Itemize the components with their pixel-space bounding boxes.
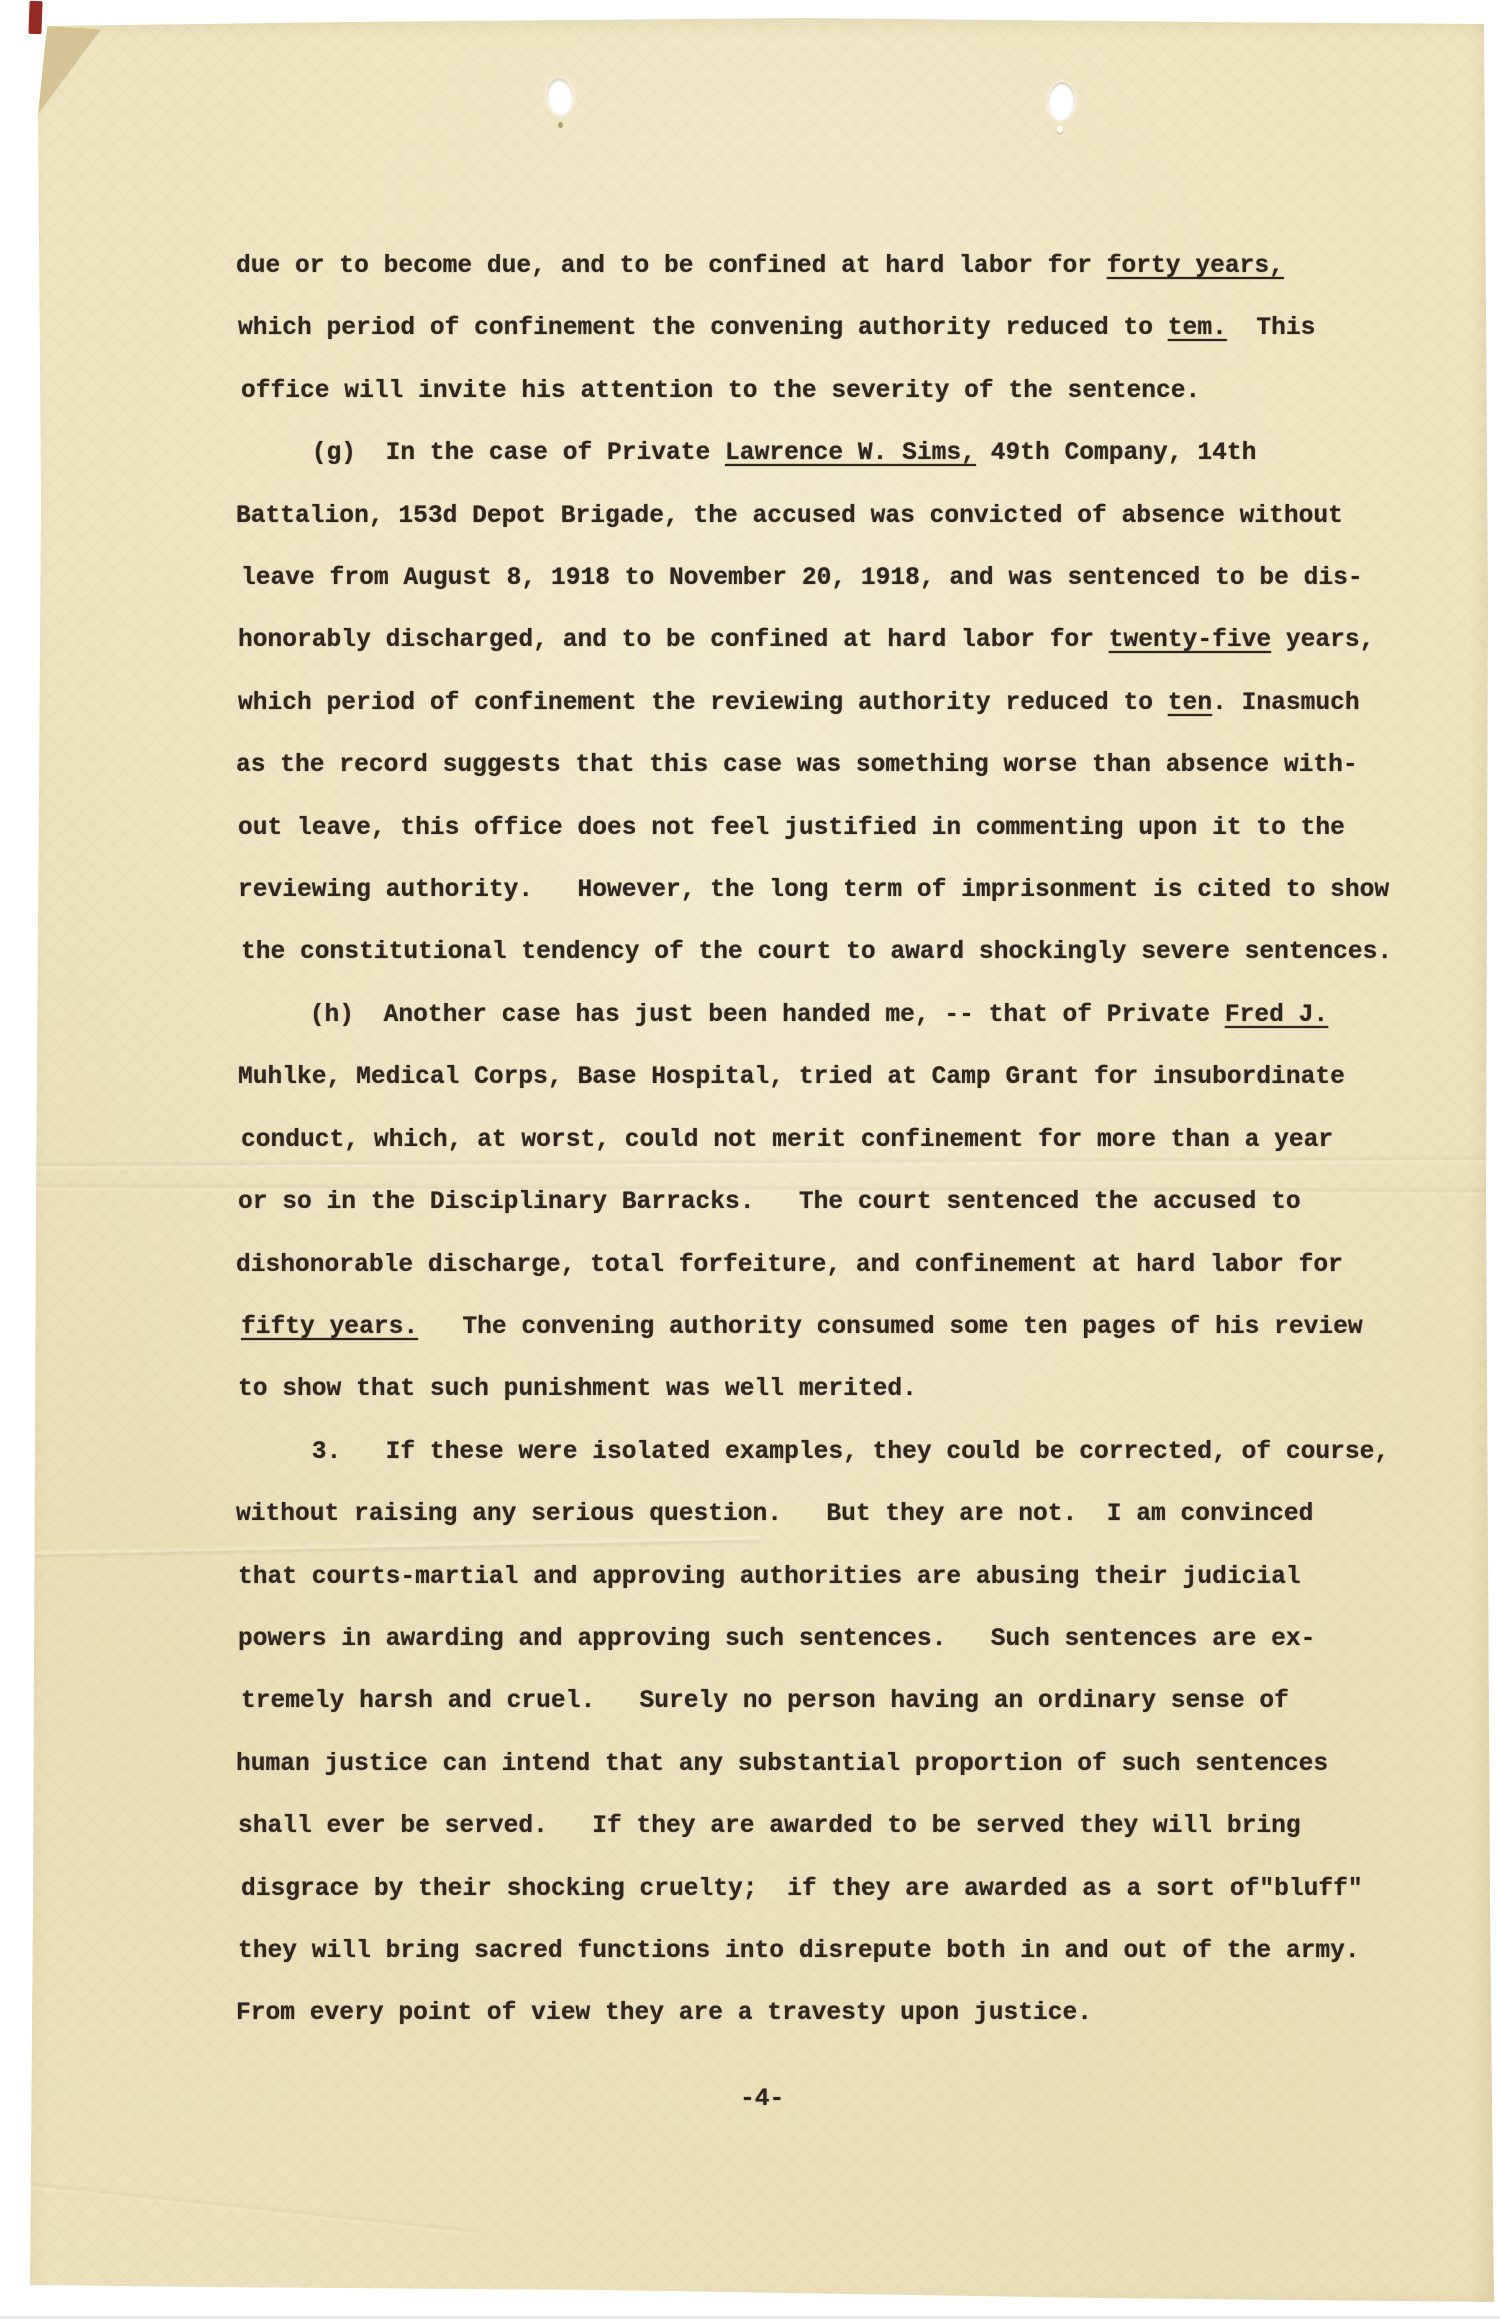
typewritten-line: the constitutional tendency of the court… bbox=[241, 922, 1392, 984]
typewritten-line: (g) In the case of Private Lawrence W. S… bbox=[238, 423, 1392, 485]
typewritten-line: due or to become due, and to be confined… bbox=[236, 236, 1392, 298]
typewritten-line: reviewing authority. However, the long t… bbox=[238, 860, 1392, 922]
red-edge-mark bbox=[28, 1, 42, 34]
typewritten-line: office will invite his attention to the … bbox=[241, 361, 1392, 423]
punch-hole-right bbox=[1047, 81, 1077, 121]
paper-speck bbox=[1057, 126, 1063, 133]
paper-crease bbox=[0, 2173, 479, 2237]
typewritten-line: Muhlke, Medical Corps, Base Hospital, tr… bbox=[238, 1047, 1392, 1109]
paper-sheet: due or to become due, and to be confined… bbox=[0, 0, 1500, 2324]
typewritten-line: or so in the Disciplinary Barracks. The … bbox=[238, 1172, 1392, 1234]
typewritten-line: powers in awarding and approving such se… bbox=[238, 1609, 1392, 1671]
typewritten-line: 3. If these were isolated examples, they… bbox=[238, 1422, 1392, 1484]
scanner-streak bbox=[0, 2316, 1500, 2319]
typewritten-line: that courts-martial and approving author… bbox=[238, 1547, 1392, 1609]
typewritten-line: which period of confinement the reviewin… bbox=[238, 673, 1392, 735]
typewritten-line: From every point of view they are a trav… bbox=[236, 1983, 1392, 2045]
typewritten-text: due or to become due, and to be confined… bbox=[238, 236, 1392, 2046]
typewritten-line: conduct, which, at worst, could not meri… bbox=[241, 1110, 1392, 1172]
scanned-page: due or to become due, and to be confined… bbox=[0, 0, 1500, 2324]
typewritten-line: tremely harsh and cruel. Surely no perso… bbox=[241, 1671, 1392, 1733]
typewritten-line: which period of confinement the convenin… bbox=[238, 298, 1392, 360]
typewritten-line: disgrace by their shocking cruelty; if t… bbox=[241, 1859, 1392, 1921]
page-number: -4- bbox=[740, 2086, 784, 2113]
typewritten-line: (h) Another case has just been handed me… bbox=[236, 985, 1392, 1047]
typewritten-line: to show that such punishment was well me… bbox=[238, 1359, 1392, 1421]
typewritten-line: out leave, this office does not feel jus… bbox=[238, 798, 1392, 860]
typewritten-line: shall ever be served. If they are awarde… bbox=[238, 1796, 1392, 1858]
typewritten-line: fifty years. The convening authority con… bbox=[241, 1297, 1392, 1359]
paper-speck bbox=[558, 122, 563, 128]
typewritten-line: dishonorable discharge, total forfeiture… bbox=[236, 1235, 1392, 1297]
typewritten-line: without raising any serious question. Bu… bbox=[236, 1484, 1392, 1546]
typewritten-line: they will bring sacred functions into di… bbox=[238, 1921, 1392, 1983]
typewritten-line: Battalion, 153d Depot Brigade, the accus… bbox=[236, 486, 1392, 548]
typewritten-line: honorably discharged, and to be confined… bbox=[238, 610, 1392, 672]
typewritten-line: leave from August 8, 1918 to November 20… bbox=[241, 548, 1392, 610]
typewritten-line: as the record suggests that this case wa… bbox=[236, 735, 1392, 797]
typewritten-line: human justice can intend that any substa… bbox=[236, 1734, 1392, 1796]
folded-corner bbox=[30, 20, 104, 124]
punch-hole-left bbox=[545, 77, 575, 117]
